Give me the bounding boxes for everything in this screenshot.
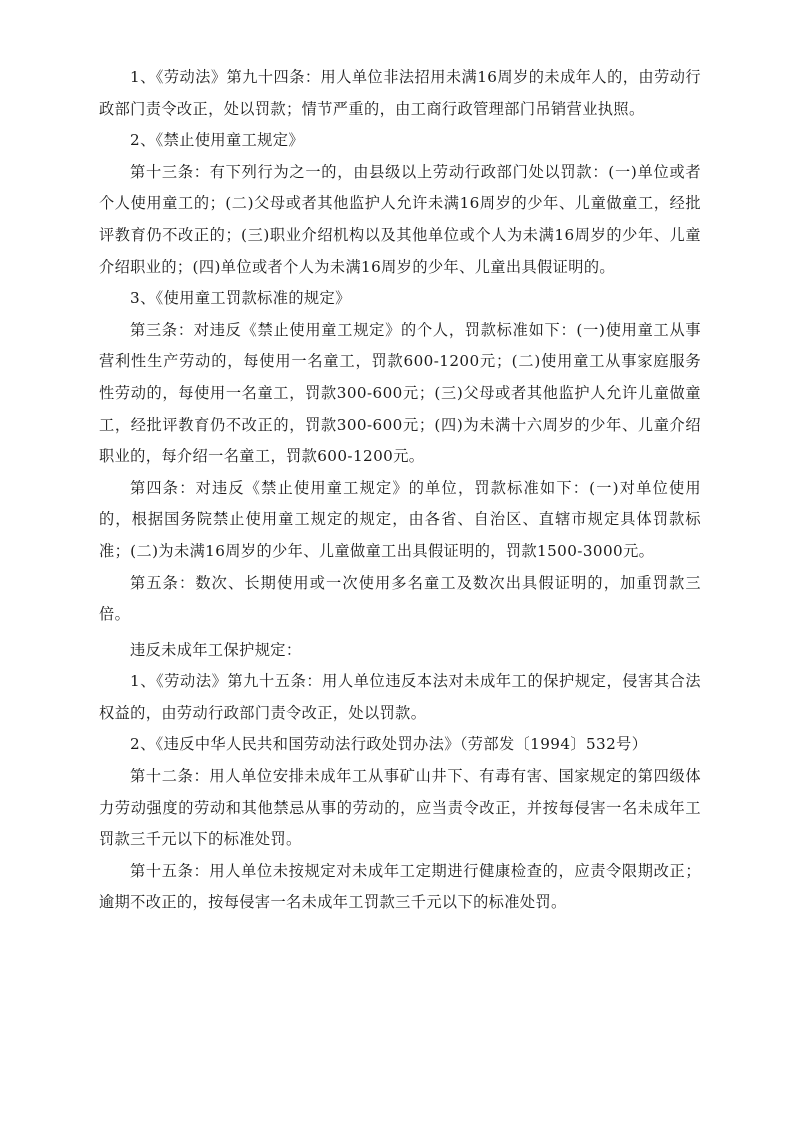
paragraph-labor-law-art94: 1、《劳动法》第九十四条：用人单位非法招用未满16周岁的未成年人的，由劳动行政部… <box>99 62 701 125</box>
heading-minor-worker-protection: 违反未成年工保护规定： <box>99 635 701 667</box>
heading-child-labor-fine-standards: 3、《使用童工罚款标准的规定》 <box>99 283 701 315</box>
document-page: 1、《劳动法》第九十四条：用人单位非法招用未满16周岁的未成年人的，由劳动行政部… <box>99 62 701 919</box>
paragraph-article-4: 第四条：对违反《禁止使用童工规定》的单位，罚款标准如下：(一)对单位使用的，根据… <box>99 473 701 568</box>
paragraph-labor-law-art95: 1、《劳动法》第九十五条：用人单位违反本法对未成年工的保护规定，侵害其合法权益的… <box>99 666 701 729</box>
paragraph-article-15: 第十五条：用人单位未按规定对未成年工定期进行健康检查的，应责令限期改正；逾期不改… <box>99 856 701 919</box>
paragraph-article-13: 第十三条：有下列行为之一的，由县级以上劳动行政部门处以罚款：(一)单位或者个人使… <box>99 157 701 283</box>
paragraph-article-12: 第十二条：用人单位安排未成年工从事矿山井下、有毒有害、国家规定的第四级体力劳动强… <box>99 761 701 856</box>
heading-child-labor-prohibition: 2、《禁止使用童工规定》 <box>99 125 701 157</box>
heading-administrative-penalty-measures: 2、《违反中华人民共和国劳动法行政处罚办法》（劳部发〔1994〕532号） <box>99 729 701 761</box>
paragraph-article-3: 第三条：对违反《禁止使用童工规定》的个人，罚款标准如下：(一)使用童工从事营利性… <box>99 315 701 473</box>
paragraph-article-5: 第五条：数次、长期使用或一次使用多名童工及数次出具假证明的，加重罚款三倍。 <box>99 568 701 631</box>
